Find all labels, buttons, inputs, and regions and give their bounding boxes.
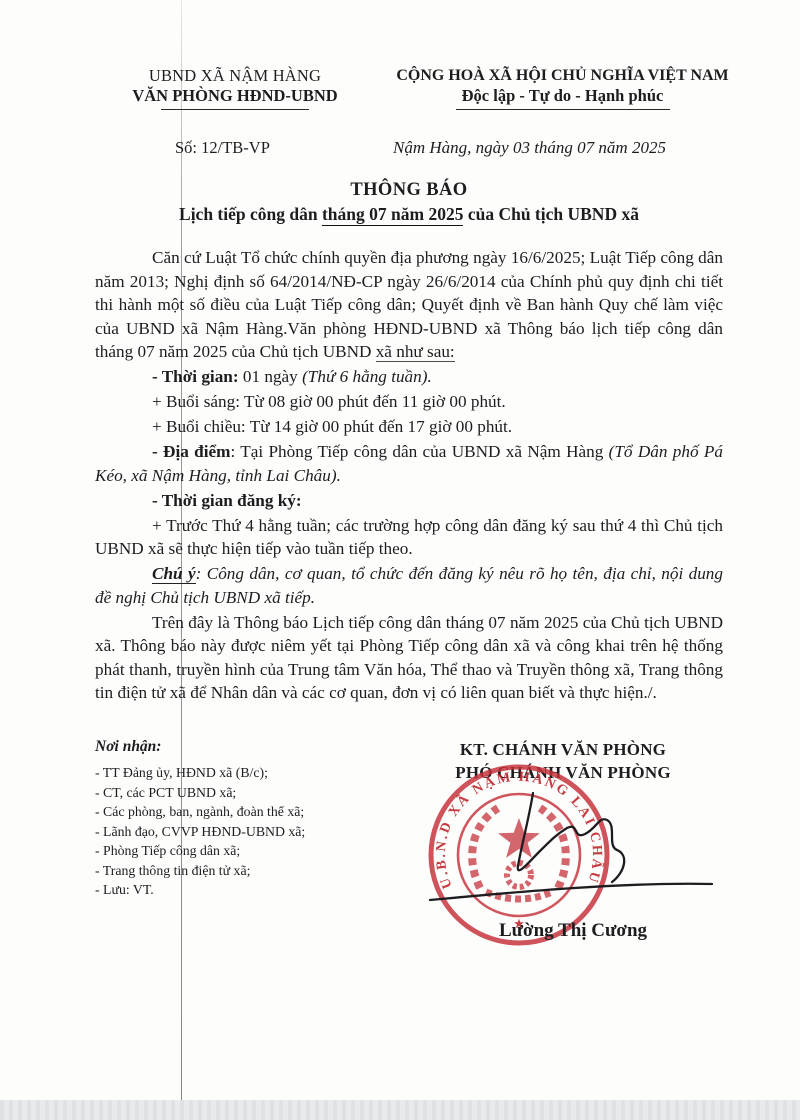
- scan-bottom-edge: [0, 1100, 800, 1120]
- document-body: Căn cứ Luật Tổ chức chính quyền địa phươ…: [95, 246, 723, 706]
- issuing-org-block: UBND XÃ NẬM HÀNG VĂN PHÒNG HĐND-UBND: [85, 66, 385, 110]
- afternoon-session-item: + Buổi chiều: Từ 14 giờ 00 phút đến 17 g…: [95, 415, 723, 439]
- time-value: 01 ngày: [239, 367, 303, 386]
- recipients-label: Nơi nhận:: [95, 738, 415, 756]
- org-office: VĂN PHÒNG HĐND-UBND: [85, 86, 385, 106]
- recipient-item: - CT, các PCT UBND xã;: [95, 783, 415, 803]
- national-heading-block: CỘNG HOÀ XÃ HỘI CHỦ NGHĨA VIỆT NAM Độc l…: [370, 66, 755, 110]
- document-meta-row: Số: 12/TB-VP Nậm Hàng, ngày 03 tháng 07 …: [0, 138, 800, 164]
- legal-basis-underlined: xã như sau:: [376, 342, 455, 362]
- org-name: UBND XÃ NẬM HÀNG: [85, 66, 385, 86]
- document-number: Số: 12/TB-VP: [175, 138, 270, 158]
- closing-paragraph: Trên đây là Thông báo Lịch tiếp công dân…: [95, 611, 723, 705]
- org-underline: [161, 109, 309, 110]
- time-item: - Thời gian: 01 ngày (Thứ 6 hằng tuần).: [95, 365, 723, 389]
- morning-session-item: + Buổi sáng: Từ 08 giờ 00 phút đến 11 gi…: [95, 390, 723, 414]
- legal-basis-paragraph: Căn cứ Luật Tổ chức chính quyền địa phươ…: [95, 246, 723, 364]
- scanned-document-page: UBND XÃ NẬM HÀNG VĂN PHÒNG HĐND-UBND CỘN…: [0, 0, 800, 1120]
- registration-label: - Thời gian đăng ký:: [95, 489, 723, 513]
- location-text: : Tại Phòng Tiếp công dân của UBND xã Nậ…: [230, 442, 608, 461]
- handwritten-signature: [405, 778, 725, 913]
- subtitle-post: của Chủ tịch UBND xã: [463, 204, 639, 224]
- signature-flourish: [518, 793, 624, 882]
- location-label: - Địa điểm: [152, 442, 230, 461]
- subtitle-pre: Lịch tiếp công dân: [179, 204, 322, 224]
- title-block: THÔNG BÁO Lịch tiếp công dân tháng 07 nă…: [95, 180, 723, 225]
- recipient-item: - Lãnh đạo, CVVP HĐND-UBND xã;: [95, 822, 415, 842]
- recipient-item: - Các phòng, ban, ngành, đoàn thể xã;: [95, 802, 415, 822]
- motto-underline: [456, 109, 670, 110]
- recipient-item: - Trang thông tin điện tử xã;: [95, 861, 415, 881]
- recipient-item: - Phòng Tiếp công dân xã;: [95, 841, 415, 861]
- time-note: (Thứ 6 hằng tuần).: [302, 367, 432, 386]
- time-label: - Thời gian:: [152, 367, 239, 386]
- national-motto-line2: Độc lập - Tự do - Hạnh phúc: [370, 86, 755, 106]
- signer-title-kt: KT. CHÁNH VĂN PHÒNG: [408, 738, 718, 761]
- recipients-block: Nơi nhận: - TT Đảng ủy, HĐND xã (B/c); -…: [95, 738, 415, 900]
- location-item: - Địa điểm: Tại Phòng Tiếp công dân của …: [95, 440, 723, 487]
- note-label: Chú ý: [152, 564, 196, 584]
- document-title: THÔNG BÁO: [95, 180, 723, 201]
- place-and-date: Nậm Hàng, ngày 03 tháng 07 năm 2025: [393, 138, 666, 158]
- registration-text: + Trước Thứ 4 hằng tuần; các trường hợp …: [95, 514, 723, 561]
- recipient-item: - TT Đảng ủy, HĐND xã (B/c);: [95, 763, 415, 783]
- note-paragraph: Chú ý: Công dân, cơ quan, tổ chức đến đă…: [95, 562, 723, 609]
- signature-underline-stroke: [430, 884, 712, 900]
- subtitle-underlined: tháng 07 năm 2025: [322, 204, 463, 226]
- document-header: UBND XÃ NẬM HÀNG VĂN PHÒNG HĐND-UBND CỘN…: [0, 66, 800, 110]
- signer-name: Lường Thị Cương: [448, 920, 698, 942]
- recipient-item: - Lưu: VT.: [95, 880, 415, 900]
- national-motto-line1: CỘNG HOÀ XÃ HỘI CHỦ NGHĨA VIỆT NAM: [370, 66, 755, 86]
- document-subtitle: Lịch tiếp công dân tháng 07 năm 2025 của…: [95, 204, 723, 225]
